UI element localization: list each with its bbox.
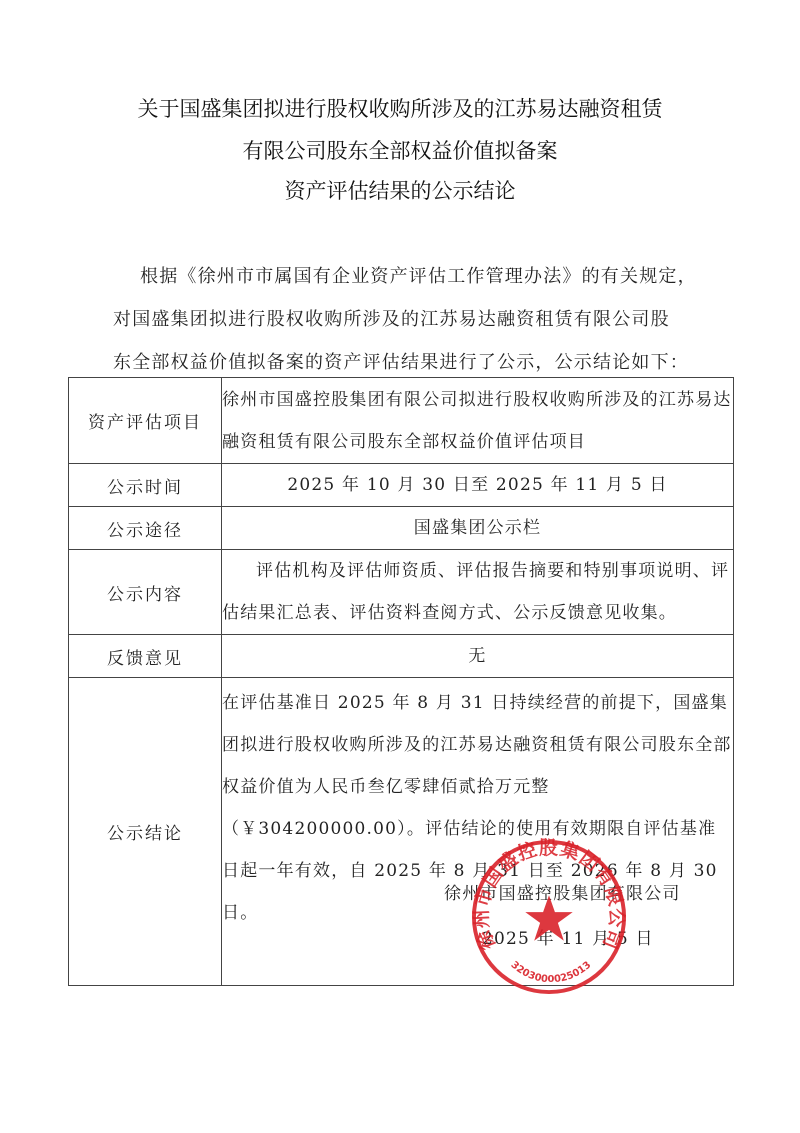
intro-line-1: 根据《徐州市市属国有企业资产评估工作管理办法》的有关规定，	[140, 262, 697, 288]
row-label: 反馈意见	[69, 635, 222, 678]
document-title-line-2: 有限公司股东全部权益价值拟备案	[0, 135, 800, 165]
row-value: 国盛集团公示栏	[222, 507, 734, 550]
row-label: 资产评估项目	[69, 378, 222, 464]
table-row-channel: 公示途径 国盛集团公示栏	[69, 507, 734, 550]
intro-line-2: 对国盛集团拟进行股权收购所涉及的江苏易达融资租赁有限公司股	[113, 305, 670, 331]
table-row-feedback: 反馈意见 无	[69, 635, 734, 678]
table-row-period: 公示时间 2025 年 10 月 30 日至 2025 年 11 月 5 日	[69, 464, 734, 507]
signature-date: 2025 年 11 月 5 日	[482, 918, 654, 960]
document-title-line-3: 资产评估结果的公示结论	[0, 175, 800, 205]
row-value: 无	[222, 635, 734, 678]
table-row-project: 资产评估项目 徐州市国盛控股集团有限公司拟进行股权收购所涉及的江苏易达融资租赁有…	[69, 378, 734, 464]
row-value: 徐州市国盛控股集团有限公司拟进行股权收购所涉及的江苏易达融资租赁有限公司股东全部…	[222, 378, 734, 464]
intro-line-3: 东全部权益价值拟备案的资产评估结果进行了公示，公示结论如下：	[113, 348, 689, 374]
row-label: 公示内容	[69, 550, 222, 635]
row-label: 公示结论	[69, 678, 222, 986]
table-row-conclusion: 公示结论 在评估基准日 2025 年 8 月 31 日持续经营的前提下，国盛集团…	[69, 678, 734, 986]
document-title-line-1: 关于国盛集团拟进行股权收购所涉及的江苏易达融资租赁	[0, 93, 800, 123]
row-label: 公示时间	[69, 464, 222, 507]
row-value: 2025 年 10 月 30 日至 2025 年 11 月 5 日	[222, 464, 734, 507]
table-row-content: 公示内容 评估机构及评估师资质、评估报告摘要和特别事项说明、评估结果汇总表、评估…	[69, 550, 734, 635]
row-value: 评估机构及评估师资质、评估报告摘要和特别事项说明、评估结果汇总表、评估资料查阅方…	[222, 550, 734, 635]
row-label: 公示途径	[69, 507, 222, 550]
conclusion-cell: 在评估基准日 2025 年 8 月 31 日持续经营的前提下，国盛集团拟进行股权…	[222, 678, 734, 986]
notice-table: 资产评估项目 徐州市国盛控股集团有限公司拟进行股权收购所涉及的江苏易达融资租赁有…	[68, 377, 734, 986]
signature-company: 徐州市国盛控股集团有限公司	[444, 873, 681, 915]
